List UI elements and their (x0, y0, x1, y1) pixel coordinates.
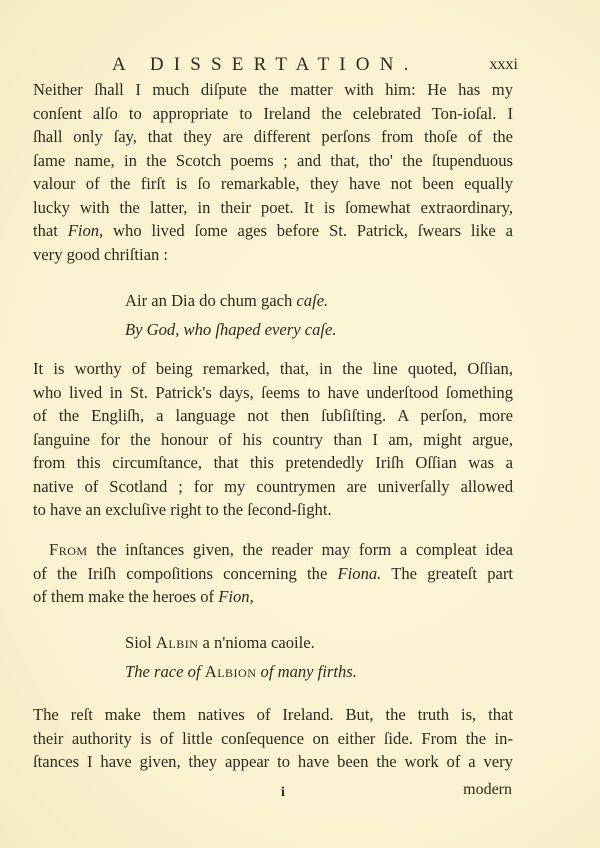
text-line: lucky with the latter, in their poet. It… (33, 196, 513, 220)
text-segment: the inſtances given, the reader may form… (88, 540, 513, 559)
text-segment: Air an Dia do chum gach (125, 291, 296, 310)
italic-name: Fion, (68, 221, 104, 240)
small-caps-lead: From (49, 540, 88, 559)
text-line: valour of the firſt is ſo remarkable, th… (33, 172, 513, 196)
italic-segment: of many firths. (256, 662, 357, 681)
text-line: ſtances I have given, they appear to hav… (33, 750, 513, 774)
text-line: of them make the heroes of Fion, (33, 585, 513, 609)
text-line: conſent alſo to appropriate to Ireland t… (33, 102, 513, 126)
verse-line-translation: By God, who ſhaped every caſe. (125, 315, 337, 344)
text-line: very good chriſtian : (33, 243, 513, 267)
paragraph-4: The reſt make them natives of Ireland. B… (33, 703, 513, 774)
catchword: modern (463, 781, 512, 799)
text-line: of the Iriſh compoſitions concerning the… (33, 562, 513, 586)
italic-segment: The race of (125, 662, 205, 681)
paragraph-1: Neither ſhall I much diſpute the matter … (33, 78, 513, 266)
paragraph-2: It is worthy of being remarked, that, in… (33, 357, 513, 522)
text-segment: who lived ſome ages before St. Patrick, … (103, 221, 513, 240)
text-line: Neither ſhall I much diſpute the matter … (33, 78, 513, 102)
signature-mark: i (281, 785, 285, 801)
text-line: ſame name, in the Scotch poems ; and tha… (33, 149, 513, 173)
text-line: to have an excluſive right to the ſecond… (33, 498, 513, 522)
paragraph-3: From the inſtances given, the reader may… (33, 538, 513, 609)
page-number: xxxi (490, 56, 518, 74)
verse-quote-2: Siol Albin a n'nioma caoile. The race of… (125, 628, 357, 686)
text-line: who lived in St. Patrick's days, ſeems t… (33, 381, 513, 405)
text-line: their authority is of little conſequence… (33, 727, 513, 751)
verse-line-gaelic: Air an Dia do chum gach caſe. (125, 286, 337, 315)
running-title: A DISSERTATION. (112, 54, 419, 76)
italic-word: caſe. (296, 291, 328, 310)
text-line: native of Scotland ; for my countrymen a… (33, 475, 513, 499)
text-segment: Siol (125, 633, 156, 652)
verse-quote-1: Air an Dia do chum gach caſe. By God, wh… (125, 286, 337, 344)
text-segment: of the Iriſh compoſitions concerning the (33, 564, 338, 583)
text-segment: of them make the heroes of (33, 587, 218, 606)
italic-name: Fion, (218, 587, 254, 606)
book-page: A DISSERTATION. xxxi Neither ſhall I muc… (0, 0, 600, 848)
text-line: From the inſtances given, the reader may… (33, 538, 513, 562)
text-line: ſanguine for the honour of his country t… (33, 428, 513, 452)
text-segment: The greateſt part (381, 564, 513, 583)
page-header: A DISSERTATION. xxxi (112, 54, 518, 76)
italic-name: Fiona. (338, 564, 382, 583)
verse-line-translation: The race of Albion of many firths. (125, 657, 357, 686)
text-segment: that (33, 221, 68, 240)
small-caps-name: Albin (156, 633, 198, 652)
text-line: that Fion, who lived ſome ages before St… (33, 219, 513, 243)
text-line: from this circumſtance, that this preten… (33, 451, 513, 475)
small-caps-name: Albion (205, 662, 257, 681)
text-line: ſhall only ſay, that they are different … (33, 125, 513, 149)
text-line: It is worthy of being remarked, that, in… (33, 357, 513, 381)
verse-line-gaelic: Siol Albin a n'nioma caoile. (125, 628, 357, 657)
text-segment: a n'nioma caoile. (198, 633, 314, 652)
text-line: of the Engliſh, a language not then ſubſ… (33, 404, 513, 428)
text-line: The reſt make them natives of Ireland. B… (33, 703, 513, 727)
